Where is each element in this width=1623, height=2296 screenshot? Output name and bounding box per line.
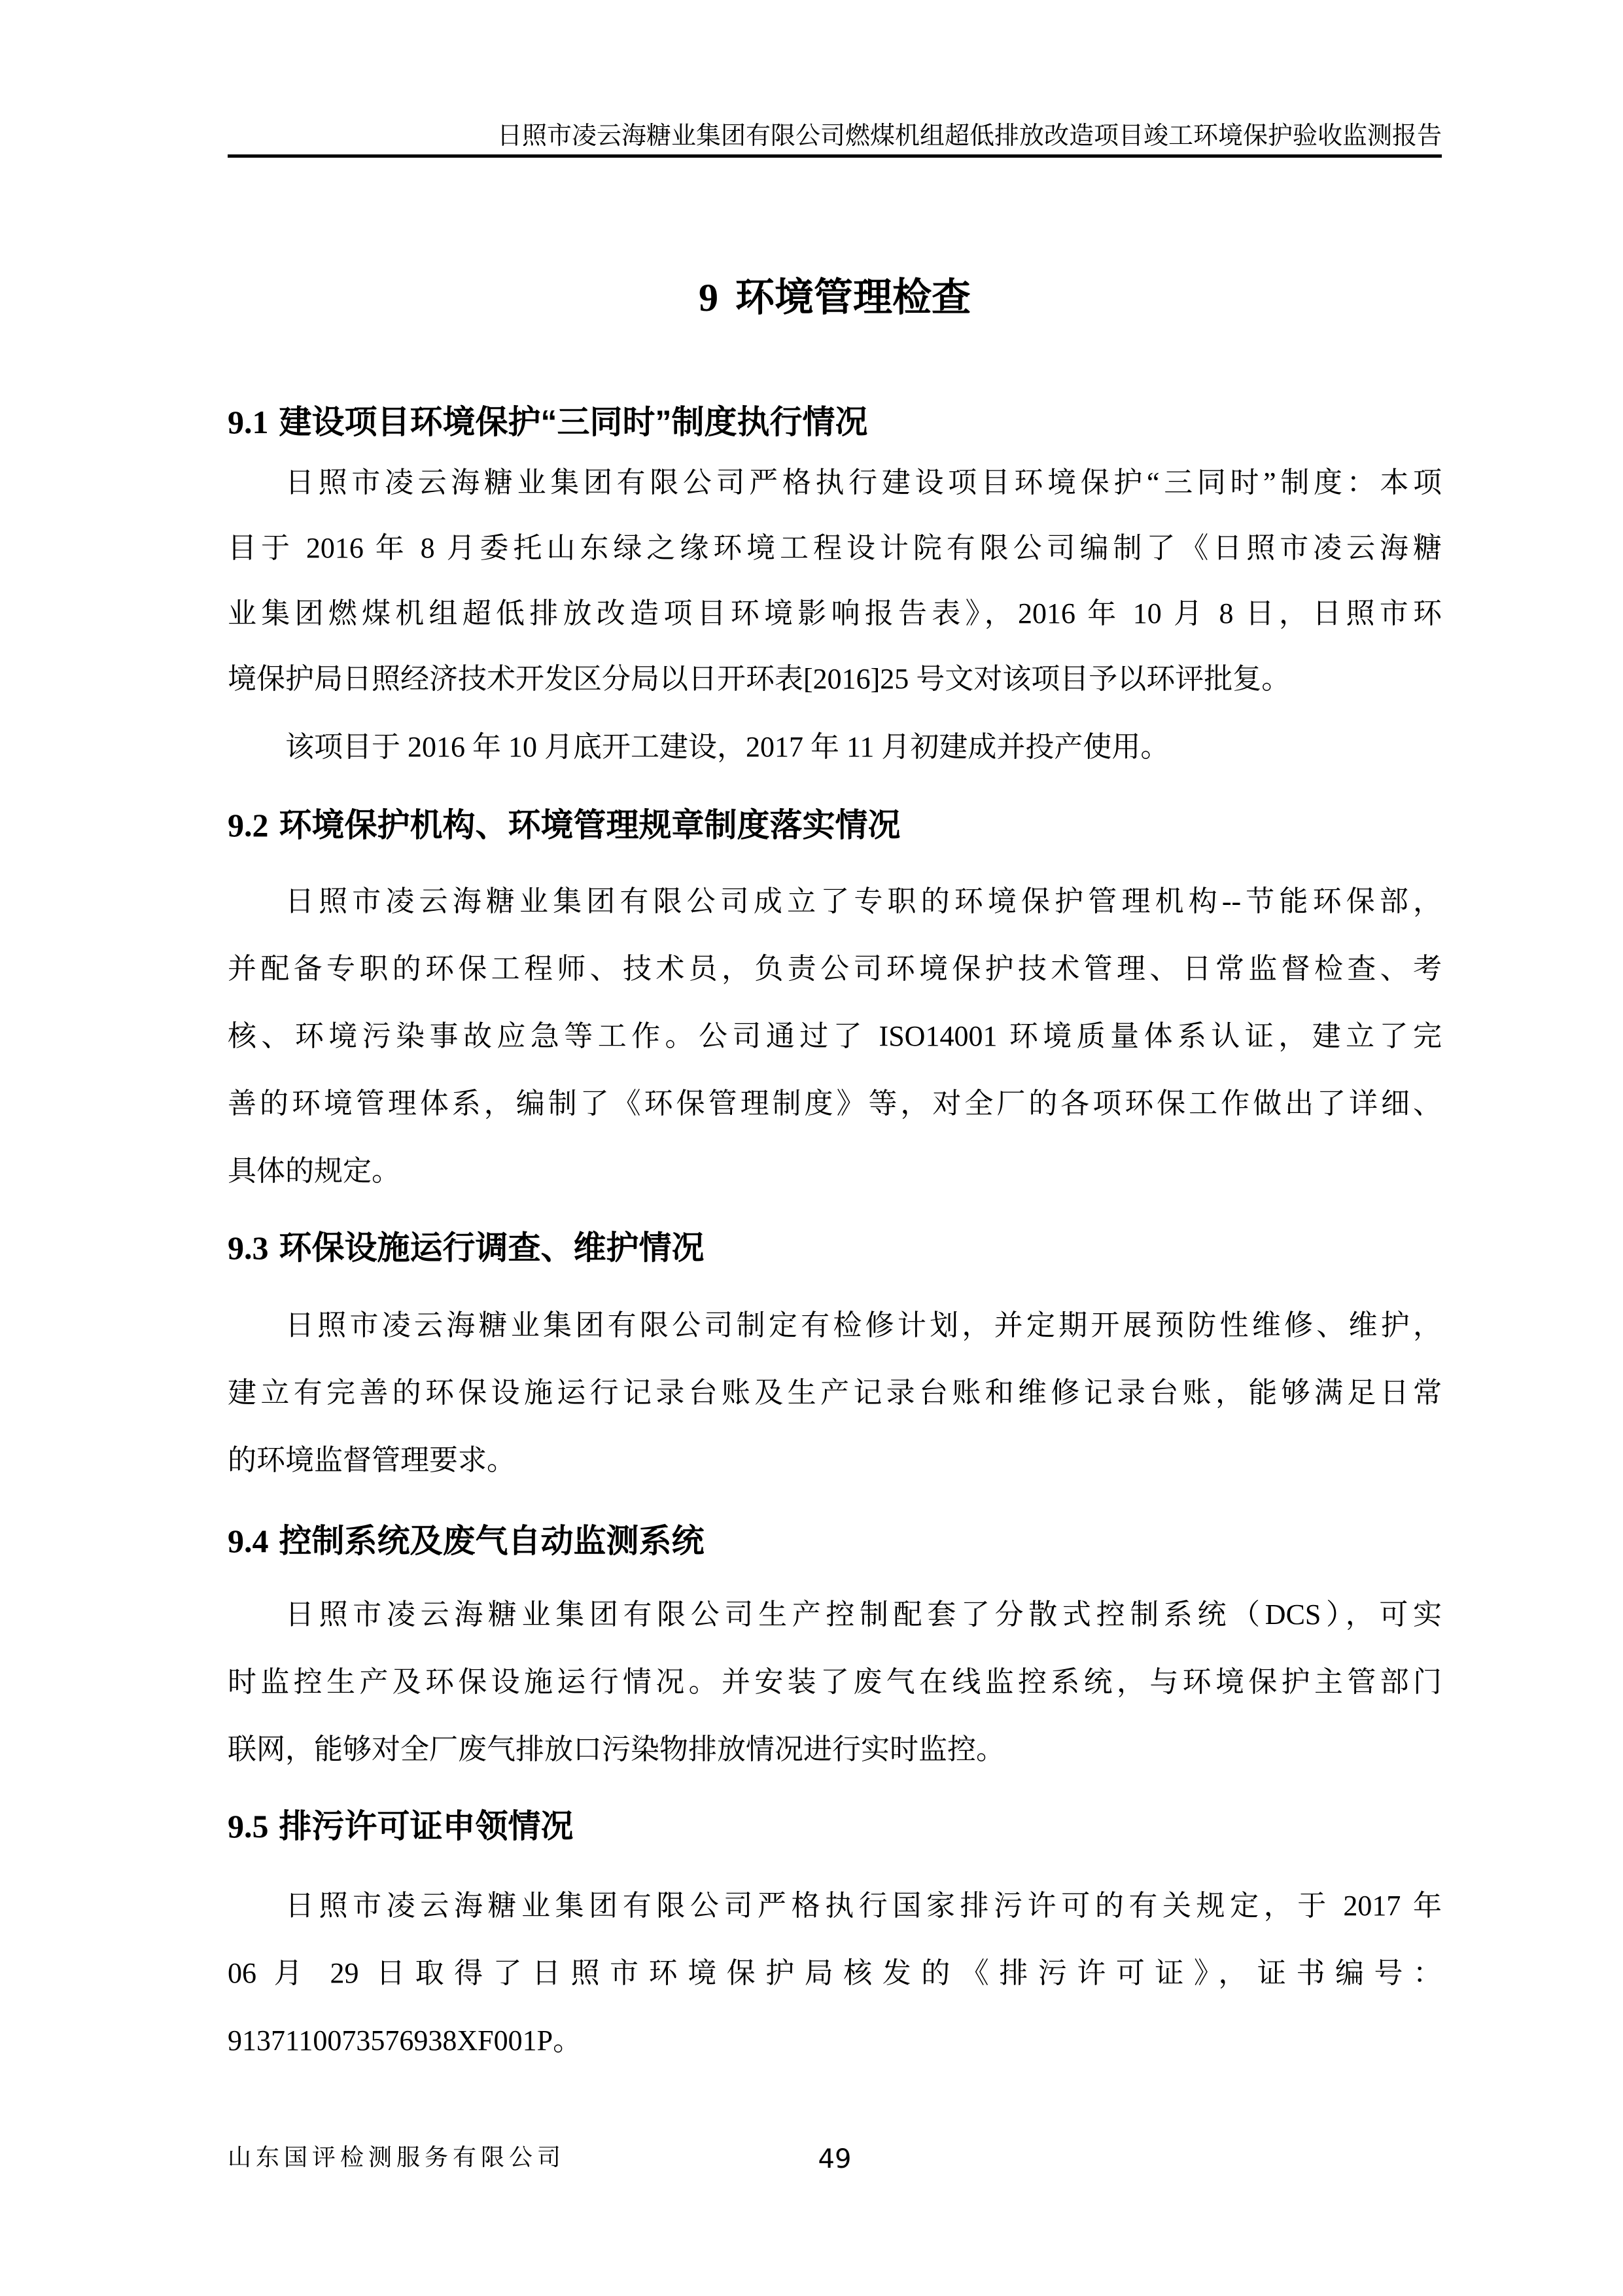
footer-page-number: 49 (228, 2145, 1442, 2174)
running-header: 日照市凌云海糖业集团有限公司燃煤机组超低排放改造项目竣工环境保护验收监测报告 (228, 122, 1442, 150)
paragraph: 日照市凌云海糖业集团有限公司生产控制配套了分散式控制系统（DCS），可实 时监控… (228, 1581, 1442, 1783)
paragraph-line: 联网，能够对全厂废气排放口污染物排放情况进行实时监控。 (228, 1716, 1442, 1783)
paragraph-line: 日照市凌云海糖业集团有限公司制定有检修计划，并定期开展预防性维修、维护， (228, 1292, 1442, 1359)
section-heading-9-2: 9.2环境保护机构、环境管理规章制度落实情况 (228, 806, 1442, 844)
section-title-text: 环境保护机构、环境管理规章制度落实情况 (279, 807, 901, 843)
section-number: 9.1 (228, 404, 269, 440)
paragraph-line: 日照市凌云海糖业集团有限公司严格执行国家排污许可的有关规定，于 2017 年 (228, 1872, 1442, 1939)
section-number: 9.4 (228, 1523, 269, 1559)
paragraph-line: 善的环境管理体系，编制了《环保管理制度》等，对全厂的各项环保工作做出了详细、 (228, 1070, 1442, 1137)
paragraph-line: 境保护局日照经济技术开发区分局以日开环表[2016]25 号文对该项目予以环评批… (228, 646, 1442, 712)
paragraph-line: 日照市凌云海糖业集团有限公司生产控制配套了分散式控制系统（DCS），可实 (228, 1581, 1442, 1648)
section-heading-9-5: 9.5排污许可证申领情况 (228, 1807, 1442, 1845)
paragraph-line: 业集团燃煤机组超低排放改造项目环境影响报告表》，2016 年 10 月 8 日，… (228, 581, 1442, 646)
section-heading-9-1: 9.1建设项目环境保护“三同时”制度执行情况 (228, 403, 1442, 441)
paragraph-line: 日照市凌云海糖业集团有限公司成立了专职的环境保护管理机构--节能环保部， (228, 868, 1442, 935)
section-number: 9.5 (228, 1808, 269, 1845)
paragraph: 日照市凌云海糖业集团有限公司成立了专职的环境保护管理机构--节能环保部， 并配备… (228, 868, 1442, 1205)
paragraph: 该项目于 2016 年 10 月底开工建设，2017 年 11 月初建成并投产使… (228, 715, 1442, 780)
paragraph-line: 目于 2016 年 8 月委托山东绿之缘环境工程设计院有限公司编制了《日照市凌云… (228, 516, 1442, 581)
paragraph-line: 日照市凌云海糖业集团有限公司严格执行建设项目环境保护“三同时”制度：本项 (228, 450, 1442, 516)
section-number: 9.2 (228, 807, 269, 843)
chapter-number: 9 (699, 276, 718, 319)
section-title-text: 排污许可证申领情况 (279, 1808, 574, 1845)
paragraph-line: 该项目于 2016 年 10 月底开工建设，2017 年 11 月初建成并投产使… (228, 715, 1442, 780)
section-heading-9-4: 9.4控制系统及废气自动监测系统 (228, 1522, 1442, 1560)
paragraph: 日照市凌云海糖业集团有限公司严格执行建设项目环境保护“三同时”制度：本项 目于 … (228, 450, 1442, 712)
paragraph-line: 具体的规定。 (228, 1137, 1442, 1205)
paragraph-line: 9137110073576938XF001P。 (228, 2007, 1442, 2074)
chapter-title-text: 环境管理检查 (735, 275, 971, 319)
paragraph-line: 建立有完善的环保设施运行记录台账及生产记录台账和维修记录台账，能够满足日常 (228, 1359, 1442, 1426)
paragraph-line: 核、环境污染事故应急等工作。公司通过了 ISO14001 环境质量体系认证，建立… (228, 1002, 1442, 1070)
chapter-title: 9环境管理检查 (228, 276, 1442, 319)
section-title-text: 控制系统及废气自动监测系统 (279, 1523, 705, 1559)
paragraph-line: 的环境监督管理要求。 (228, 1426, 1442, 1494)
paragraph-line: 06 月 29 日取得了日照市环境保护局核发的《排污许可证》，证书编号： (228, 1939, 1442, 2007)
paragraph-line: 并配备专职的环保工程师、技术员，负责公司环境保护技术管理、日常监督检查、考 (228, 935, 1442, 1002)
section-title-text: 环保设施运行调查、维护情况 (279, 1229, 705, 1266)
section-heading-9-3: 9.3环保设施运行调查、维护情况 (228, 1229, 1442, 1267)
section-title-text: 建设项目环境保护“三同时”制度执行情况 (279, 404, 868, 440)
paragraph: 日照市凌云海糖业集团有限公司严格执行国家排污许可的有关规定，于 2017 年 0… (228, 1872, 1442, 2074)
paragraph: 日照市凌云海糖业集团有限公司制定有检修计划，并定期开展预防性维修、维护， 建立有… (228, 1292, 1442, 1494)
section-number: 9.3 (228, 1229, 269, 1266)
header-rule (228, 154, 1442, 158)
paragraph-line: 时监控生产及环保设施运行情况。并安装了废气在线监控系统，与环境保护主管部门 (228, 1648, 1442, 1716)
